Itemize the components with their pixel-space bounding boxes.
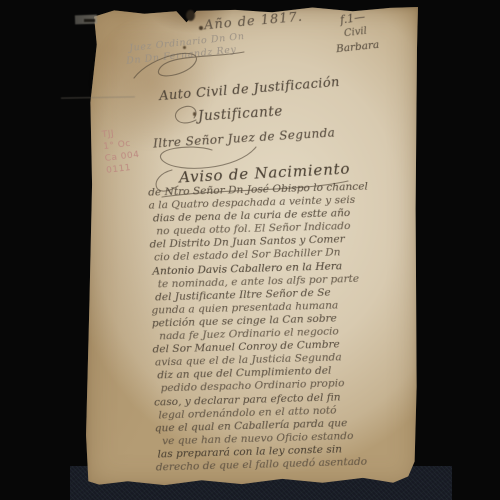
left-edge-dash [84,19,95,22]
ink-speck-1 [199,26,203,30]
manuscript-photo: Año de 1817. Juez Ordinario Dn On Dn Dn … [0,0,500,500]
archival-annotations: TJJ1° OcCa 0040111 [101,125,141,177]
top-edge-hole [186,10,195,21]
body-lines: de Ntro Señor Dn José Obispo lo chancela… [148,179,412,474]
